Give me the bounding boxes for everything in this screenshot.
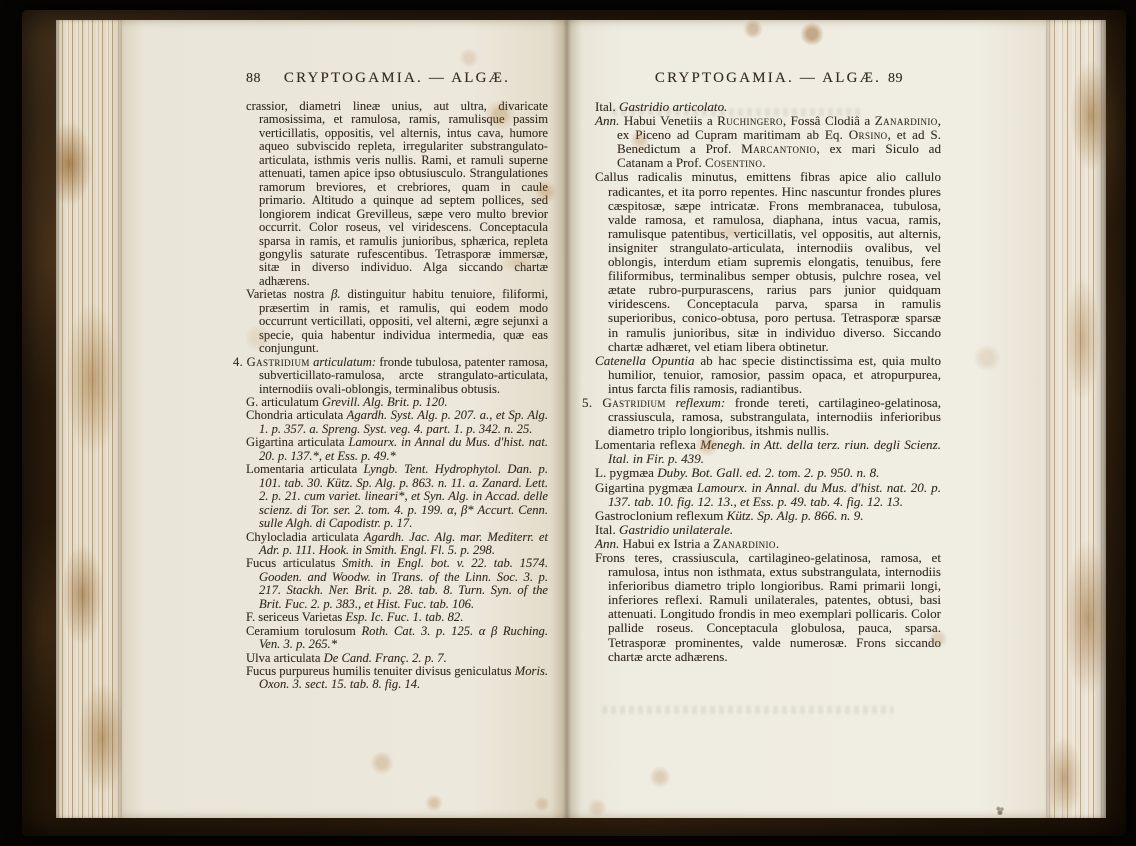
paragraph-ref: Fucus purpureus humilis tenuiter divisus…	[246, 665, 548, 692]
paragraph-ref: Fucus articulatus Smith. in Engl. bot. v…	[246, 557, 548, 611]
text-segment: .	[776, 536, 779, 551]
text-segment: Kütz. Sp. Alg. p. 866. n. 9.	[727, 508, 864, 523]
book-spread: 88 CRYPTOGAMIA. — ALGÆ. crassior, diamet…	[56, 20, 1106, 818]
show-through-ghost	[602, 706, 894, 714]
text-segment: Marcantonio	[741, 141, 816, 156]
text-segment: Zanardinio	[875, 113, 938, 128]
text-segment: Lomentaria reflexa	[595, 437, 700, 452]
text-segment: crassior, diametri lineæ unius, aut ultr…	[246, 99, 548, 288]
text-segment: Duby. Bot. Gall. ed. 2. tom. 2. p. 950. …	[657, 465, 879, 480]
text-segment: Esp. Ic. Fuc. 1. tab. 82.	[345, 610, 463, 624]
text-segment: articulatum:	[313, 355, 376, 369]
paragraph-note: Ital. Gastridio unilaterale.	[595, 523, 941, 537]
text-segment: Orsino	[849, 127, 888, 142]
paragraph-body: Callus radicalis minutus, emittens fibra…	[595, 170, 941, 353]
paragraph-ref: Chylocladia articulata Agardh. Jac. Alg.…	[246, 531, 548, 558]
left-page-content: 88 CRYPTOGAMIA. — ALGÆ. crassior, diamet…	[246, 70, 548, 692]
text-segment: Zanardinio	[713, 536, 776, 551]
right-page: CRYPTOGAMIA. — ALGÆ. 89 Ital. Gastridio …	[567, 20, 1046, 818]
text-segment: , Fossâ Clodiâ a	[783, 113, 875, 128]
paragraph-ref: Gigartina articulata Lamourx. in Annal d…	[246, 436, 548, 463]
text-segment: Fucus purpureus humilis tenuiter divisus…	[246, 664, 515, 678]
text-segment: Gastridio articolato.	[619, 99, 727, 114]
text-segment: De Cand. Franç. 2. p. 7.	[324, 651, 447, 665]
text-segment: Gastridium	[247, 355, 310, 369]
paragraph-ref: Gastroclonium reflexum Kütz. Sp. Alg. p.…	[595, 509, 941, 523]
text-segment: Cosentino	[705, 155, 762, 170]
page-edges-left	[56, 20, 122, 818]
text-segment: β.	[331, 287, 340, 301]
text-segment: F. sericeus Varietas	[246, 610, 345, 624]
text-segment: Gastridio unilaterale.	[619, 522, 733, 537]
left-page-header: 88 CRYPTOGAMIA. — ALGÆ.	[246, 70, 548, 87]
text-segment: Chylocladia articulata	[246, 530, 364, 544]
text-segment: .	[762, 155, 765, 170]
text-segment: Ceramium torulosum	[246, 624, 361, 638]
text-segment: Gastroclonium reflexum	[595, 508, 727, 523]
paragraph-ref: L. pygmæa Duby. Bot. Gall. ed. 2. tom. 2…	[595, 466, 941, 480]
paragraph-body: Frons teres, crassiuscula, cartilagineo-…	[595, 551, 941, 664]
left-running-title: CRYPTOGAMIA. — ALGÆ.	[284, 70, 510, 87]
species-number: 4.	[233, 355, 247, 369]
text-segment: G. articulatum	[246, 395, 322, 409]
paragraph-body: Varietas nostra β. distinguitur habitu t…	[246, 288, 548, 355]
paragraph-ref: F. sericeus Varietas Esp. Ic. Fuc. 1. ta…	[246, 611, 548, 624]
text-segment: Ruchingero	[717, 113, 783, 128]
species-number: 5.	[582, 395, 602, 410]
paragraph-body: Catenella Opuntia ab hac specie distinct…	[595, 354, 941, 396]
paragraph-body: crassior, diametri lineæ unius, aut ultr…	[246, 100, 548, 288]
text-segment: reflexum:	[676, 395, 726, 410]
right-page-content: CRYPTOGAMIA. — ALGÆ. 89 Ital. Gastridio …	[595, 70, 941, 664]
left-page-text: crassior, diametri lineæ unius, aut ultr…	[246, 100, 548, 692]
text-segment: Ulva articulata	[246, 651, 324, 665]
text-segment: Callus radicalis minutus, emittens fibra…	[595, 169, 941, 353]
text-segment: Gastridium	[602, 395, 665, 410]
page-edges-right	[1046, 20, 1106, 818]
left-page: 88 CRYPTOGAMIA. — ALGÆ. crassior, diamet…	[122, 20, 567, 818]
paragraph-species: 4. Gastridium articulatum: fronde tubulo…	[246, 356, 548, 396]
text-segment	[666, 395, 676, 410]
text-segment: Habui Venetiis a	[624, 113, 717, 128]
paragraph-ref: Lomentaria articulata Lyngb. Tent. Hydro…	[246, 463, 548, 530]
text-segment: Gigartina pygmæa	[595, 480, 697, 495]
text-segment: Ann.	[595, 113, 624, 128]
text-segment: Ital.	[595, 99, 619, 114]
text-segment: Habui ex Istria a	[623, 536, 713, 551]
paragraph-ref: Ulva articulata De Cand. Franç. 2. p. 7.	[246, 652, 548, 665]
paragraph-ref: Lomentaria reflexa Menegh. in Att. della…	[595, 438, 941, 466]
text-segment: Catenella Opuntia	[595, 353, 695, 368]
paragraph-note: Ann. Habui ex Istria a Zanardinio.	[595, 537, 941, 551]
text-segment: Fucus articulatus	[246, 556, 342, 570]
paragraph-note: Ann. Habui Venetiis a Ruchingero, Fossâ …	[595, 114, 941, 170]
text-segment: L. pygmæa	[595, 465, 657, 480]
paragraph-ref: Gigartina pygmæa Lamourx. in Annal. du M…	[595, 481, 941, 509]
paragraph-ref: Chondria articulata Agardh. Syst. Alg. p…	[246, 409, 548, 436]
text-segment: Grevill. Alg. Brit. p. 120.	[322, 395, 448, 409]
text-segment: Ital.	[595, 522, 619, 537]
right-running-title: CRYPTOGAMIA. — ALGÆ.	[655, 70, 881, 87]
text-segment: Chondria articulata	[246, 408, 347, 422]
right-page-header: CRYPTOGAMIA. — ALGÆ. 89	[595, 70, 941, 87]
paragraph-species: 5. Gastridium reflexum: fronde tereti, c…	[595, 396, 941, 438]
text-segment: Ann.	[595, 536, 623, 551]
printers-mark	[996, 806, 1004, 815]
paragraph-note: Ital. Gastridio articolato.	[595, 100, 941, 114]
text-segment: Gigartina articulata	[246, 435, 348, 449]
paragraph-ref: G. articulatum Grevill. Alg. Brit. p. 12…	[246, 396, 548, 409]
paragraph-ref: Ceramium torulosum Roth. Cat. 3. p. 125.…	[246, 625, 548, 652]
right-page-number: 89	[888, 71, 903, 87]
text-segment: Frons teres, crassiuscula, cartilagineo-…	[595, 550, 941, 664]
left-page-number: 88	[246, 71, 261, 87]
right-page-text: Ital. Gastridio articolato.Ann. Habui Ve…	[595, 100, 941, 664]
text-segment: Lomentaria articulata	[246, 462, 364, 476]
text-segment: Varietas nostra	[246, 287, 331, 301]
